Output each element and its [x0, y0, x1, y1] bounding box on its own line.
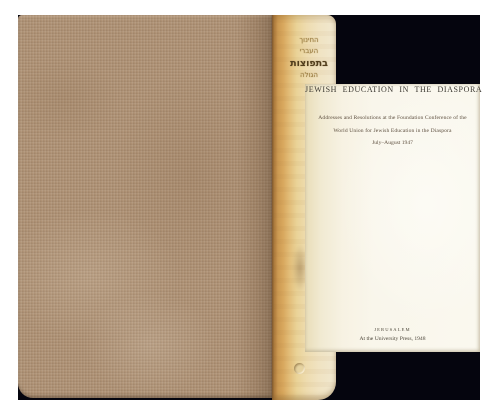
conference-date: July–August 1947: [305, 140, 480, 146]
spine-hebrew-line: החינוך: [285, 36, 333, 44]
book-listing-photo: החינוך העברי בתפוצות הגולה JEWISH EDUCAT…: [0, 0, 500, 418]
book-front-cover-cloth: [18, 15, 272, 398]
spine-hebrew-line: העברי: [285, 47, 333, 55]
photo-black-backdrop: החינוך העברי בתפוצות הגולה JEWISH EDUCAT…: [18, 15, 480, 400]
spine-hebrew-title: החינוך העברי בתפוצות הגולה: [285, 36, 333, 82]
book-title: JEWISH EDUCATION IN THE DIASPORA: [305, 85, 480, 94]
spine-worm-hole: [294, 363, 305, 374]
spine-hebrew-line: הגולה: [285, 71, 333, 79]
subtitle-line-2: World Union for Jewish Education in the …: [305, 128, 480, 134]
title-page: JEWISH EDUCATION IN THE DIASPORA Address…: [305, 84, 480, 352]
subtitle-line-1: Addresses and Resolutions at the Foundat…: [305, 115, 480, 121]
imprint-press: At the University Press, 1948: [305, 336, 480, 342]
imprint-city: JERUSALEM: [305, 327, 480, 332]
spine-hebrew-line: בתפוצות: [285, 58, 333, 69]
